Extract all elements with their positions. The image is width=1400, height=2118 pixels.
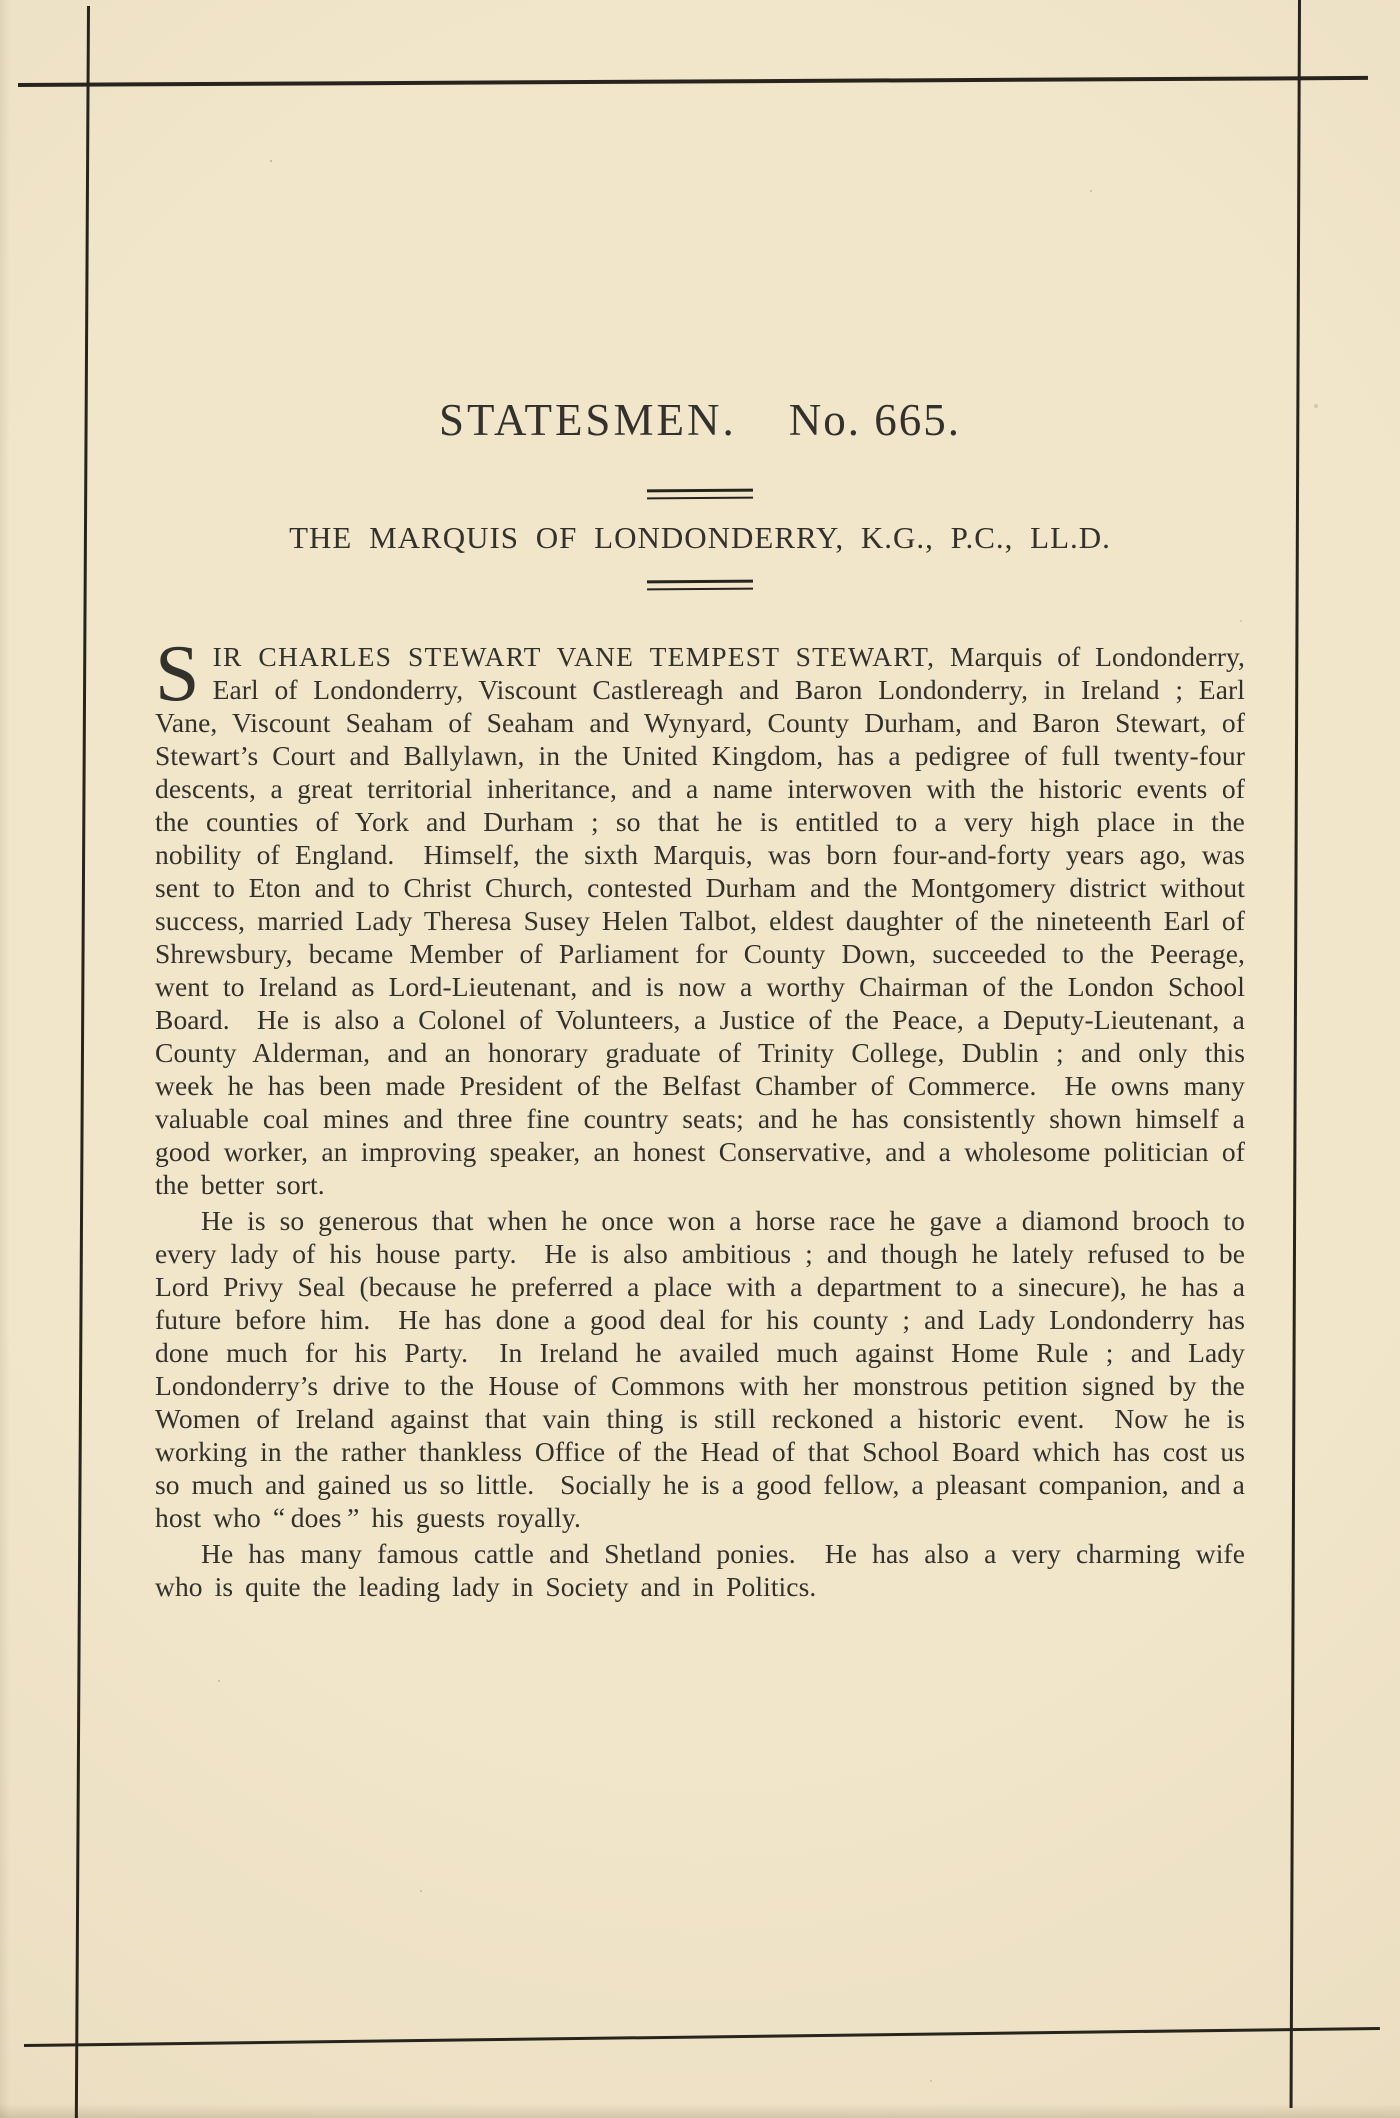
- frame-rule-bottom: [24, 2027, 1380, 2047]
- rule-bar-thin: [647, 497, 753, 500]
- paragraph-3: He has many famous cattle and Shetland p…: [155, 1537, 1245, 1603]
- rule-bar-thin: [647, 588, 753, 591]
- frame-rule-right: [1290, 0, 1301, 2108]
- scan-edge-shadow-left: [0, 0, 10, 2118]
- ornamental-double-rule-lower: [647, 580, 753, 591]
- scanned-page: STATESMEN.No. 665. THE MARQUIS OF LONDON…: [0, 0, 1400, 2118]
- series-title: STATESMEN.: [439, 395, 737, 445]
- article-body: SIR CHARLES STEWART VANE TEMPEST STEWART…: [155, 640, 1245, 1603]
- issue-number: No. 665.: [789, 394, 961, 446]
- rule-bar-thick: [647, 489, 753, 493]
- paragraph-1-text: Marquis of Londonderry, Earl of Londonde…: [155, 641, 1245, 1200]
- paragraph-1: SIR CHARLES STEWART VANE TEMPEST STEWART…: [155, 640, 1245, 1201]
- frame-rule-left: [75, 6, 90, 2118]
- rule-bar-thick: [647, 580, 753, 584]
- frame-rule-top: [18, 76, 1368, 87]
- paragraph-2: He is so generous that when he once won …: [155, 1204, 1245, 1534]
- paragraph-1-lead-caps: IR CHARLES STEWART VANE TEMPEST STEWART,: [213, 641, 936, 672]
- subject-title: THE MARQUIS OF LONDONDERRY, K.G., P.C., …: [0, 520, 1400, 556]
- paper-specks: [270, 160, 272, 162]
- drop-cap: S: [155, 640, 213, 705]
- series-title-line: STATESMEN.No. 665.: [0, 394, 1400, 446]
- ornamental-double-rule-upper: [647, 489, 753, 500]
- scan-edge-shadow-bottom: [0, 2104, 1400, 2118]
